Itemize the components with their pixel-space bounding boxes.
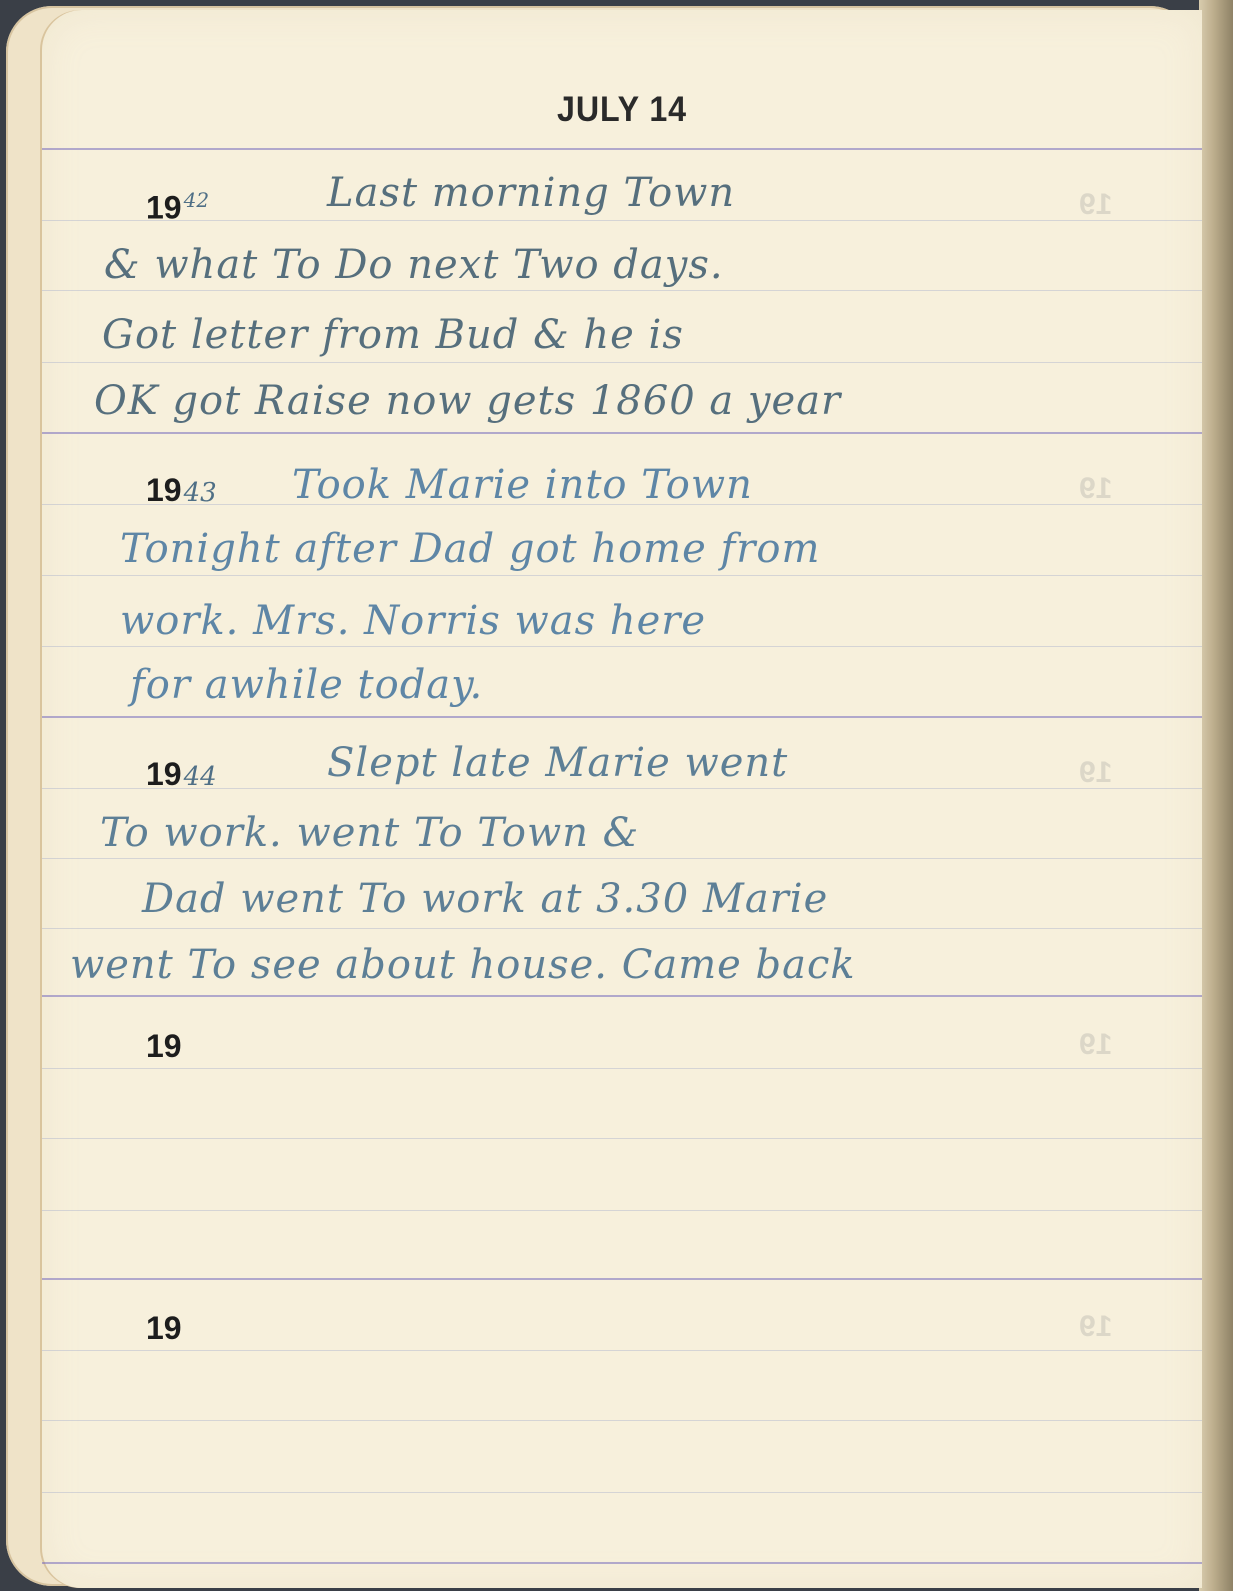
printed-year-prefix: 19 — [146, 472, 182, 508]
entry-1942-line-4: OK got Raise now gets 1860 a year — [94, 378, 841, 424]
show-through-year-label: 19 — [1079, 188, 1112, 222]
entry-1943-line-1: Took Marie into Town — [292, 462, 753, 508]
ruled-line — [42, 290, 1202, 291]
entry-year-blank-1: 19 — [146, 1028, 182, 1065]
handwritten-year-suffix: 42 — [184, 188, 209, 212]
entry-1943-line-4: for awhile today. — [130, 662, 483, 708]
ruled-line — [42, 575, 1202, 576]
entry-1943-line-3: work. Mrs. Norris was here — [120, 598, 706, 644]
ruled-line — [42, 362, 1202, 363]
printed-year-prefix: 19 — [146, 756, 182, 792]
ruled-line — [42, 1420, 1202, 1421]
ruled-line-major — [42, 432, 1202, 434]
book-spine-shadow — [1199, 0, 1233, 1591]
entry-1942-line-2: & what To Do next Two days. — [104, 242, 724, 288]
handwritten-year-suffix: 44 — [184, 762, 217, 792]
printed-year-prefix: 19 — [146, 1028, 182, 1064]
entry-1944-line-3: Dad went To work at 3.30 Marie — [142, 876, 828, 922]
printed-year-prefix: 19 — [146, 1310, 182, 1346]
ruled-line — [42, 1210, 1202, 1211]
ruled-line — [42, 1350, 1202, 1351]
ruled-line-major — [42, 1278, 1202, 1280]
ruled-line — [42, 220, 1202, 221]
ruled-line-major — [42, 995, 1202, 997]
entry-1943-line-2: Tonight after Dad got home from — [120, 526, 820, 572]
entry-year-blank-2: 19 — [146, 1310, 182, 1347]
printed-year-prefix: 19 — [146, 190, 182, 226]
entry-year-1943: 1943 — [146, 472, 217, 509]
show-through-year-label: 19 — [1079, 756, 1112, 790]
ruled-line — [42, 646, 1202, 647]
entry-1944-line-1: Slept late Marie went — [327, 740, 788, 786]
entry-1944-line-4: went To see about house. Came back — [70, 942, 856, 988]
date-heading: JULY 14 — [88, 90, 1155, 130]
ruled-line-major — [42, 1562, 1202, 1564]
ruled-line — [42, 1138, 1202, 1139]
ruled-line-major — [42, 716, 1202, 718]
ruled-line — [42, 1492, 1202, 1493]
handwritten-year-suffix: 43 — [184, 478, 217, 508]
entry-1942-line-3: Got letter from Bud & he is — [102, 312, 684, 358]
entry-year-1942: 1942 — [146, 188, 209, 227]
show-through-year-label: 19 — [1079, 1028, 1112, 1062]
show-through-year-label: 19 — [1079, 472, 1112, 506]
diary-page: JULY 14 19 19 19 19 19 1942 Last morning… — [42, 10, 1202, 1588]
ruled-line-major — [42, 148, 1202, 150]
entry-1942-line-1: Last morning Town — [327, 170, 735, 216]
ruled-line — [42, 928, 1202, 929]
show-through-year-label: 19 — [1079, 1310, 1112, 1344]
ruled-line — [42, 1068, 1202, 1069]
ruled-line — [42, 858, 1202, 859]
entry-year-1944: 1944 — [146, 756, 217, 793]
entry-1944-line-2: To work. went To Town & — [100, 810, 639, 856]
